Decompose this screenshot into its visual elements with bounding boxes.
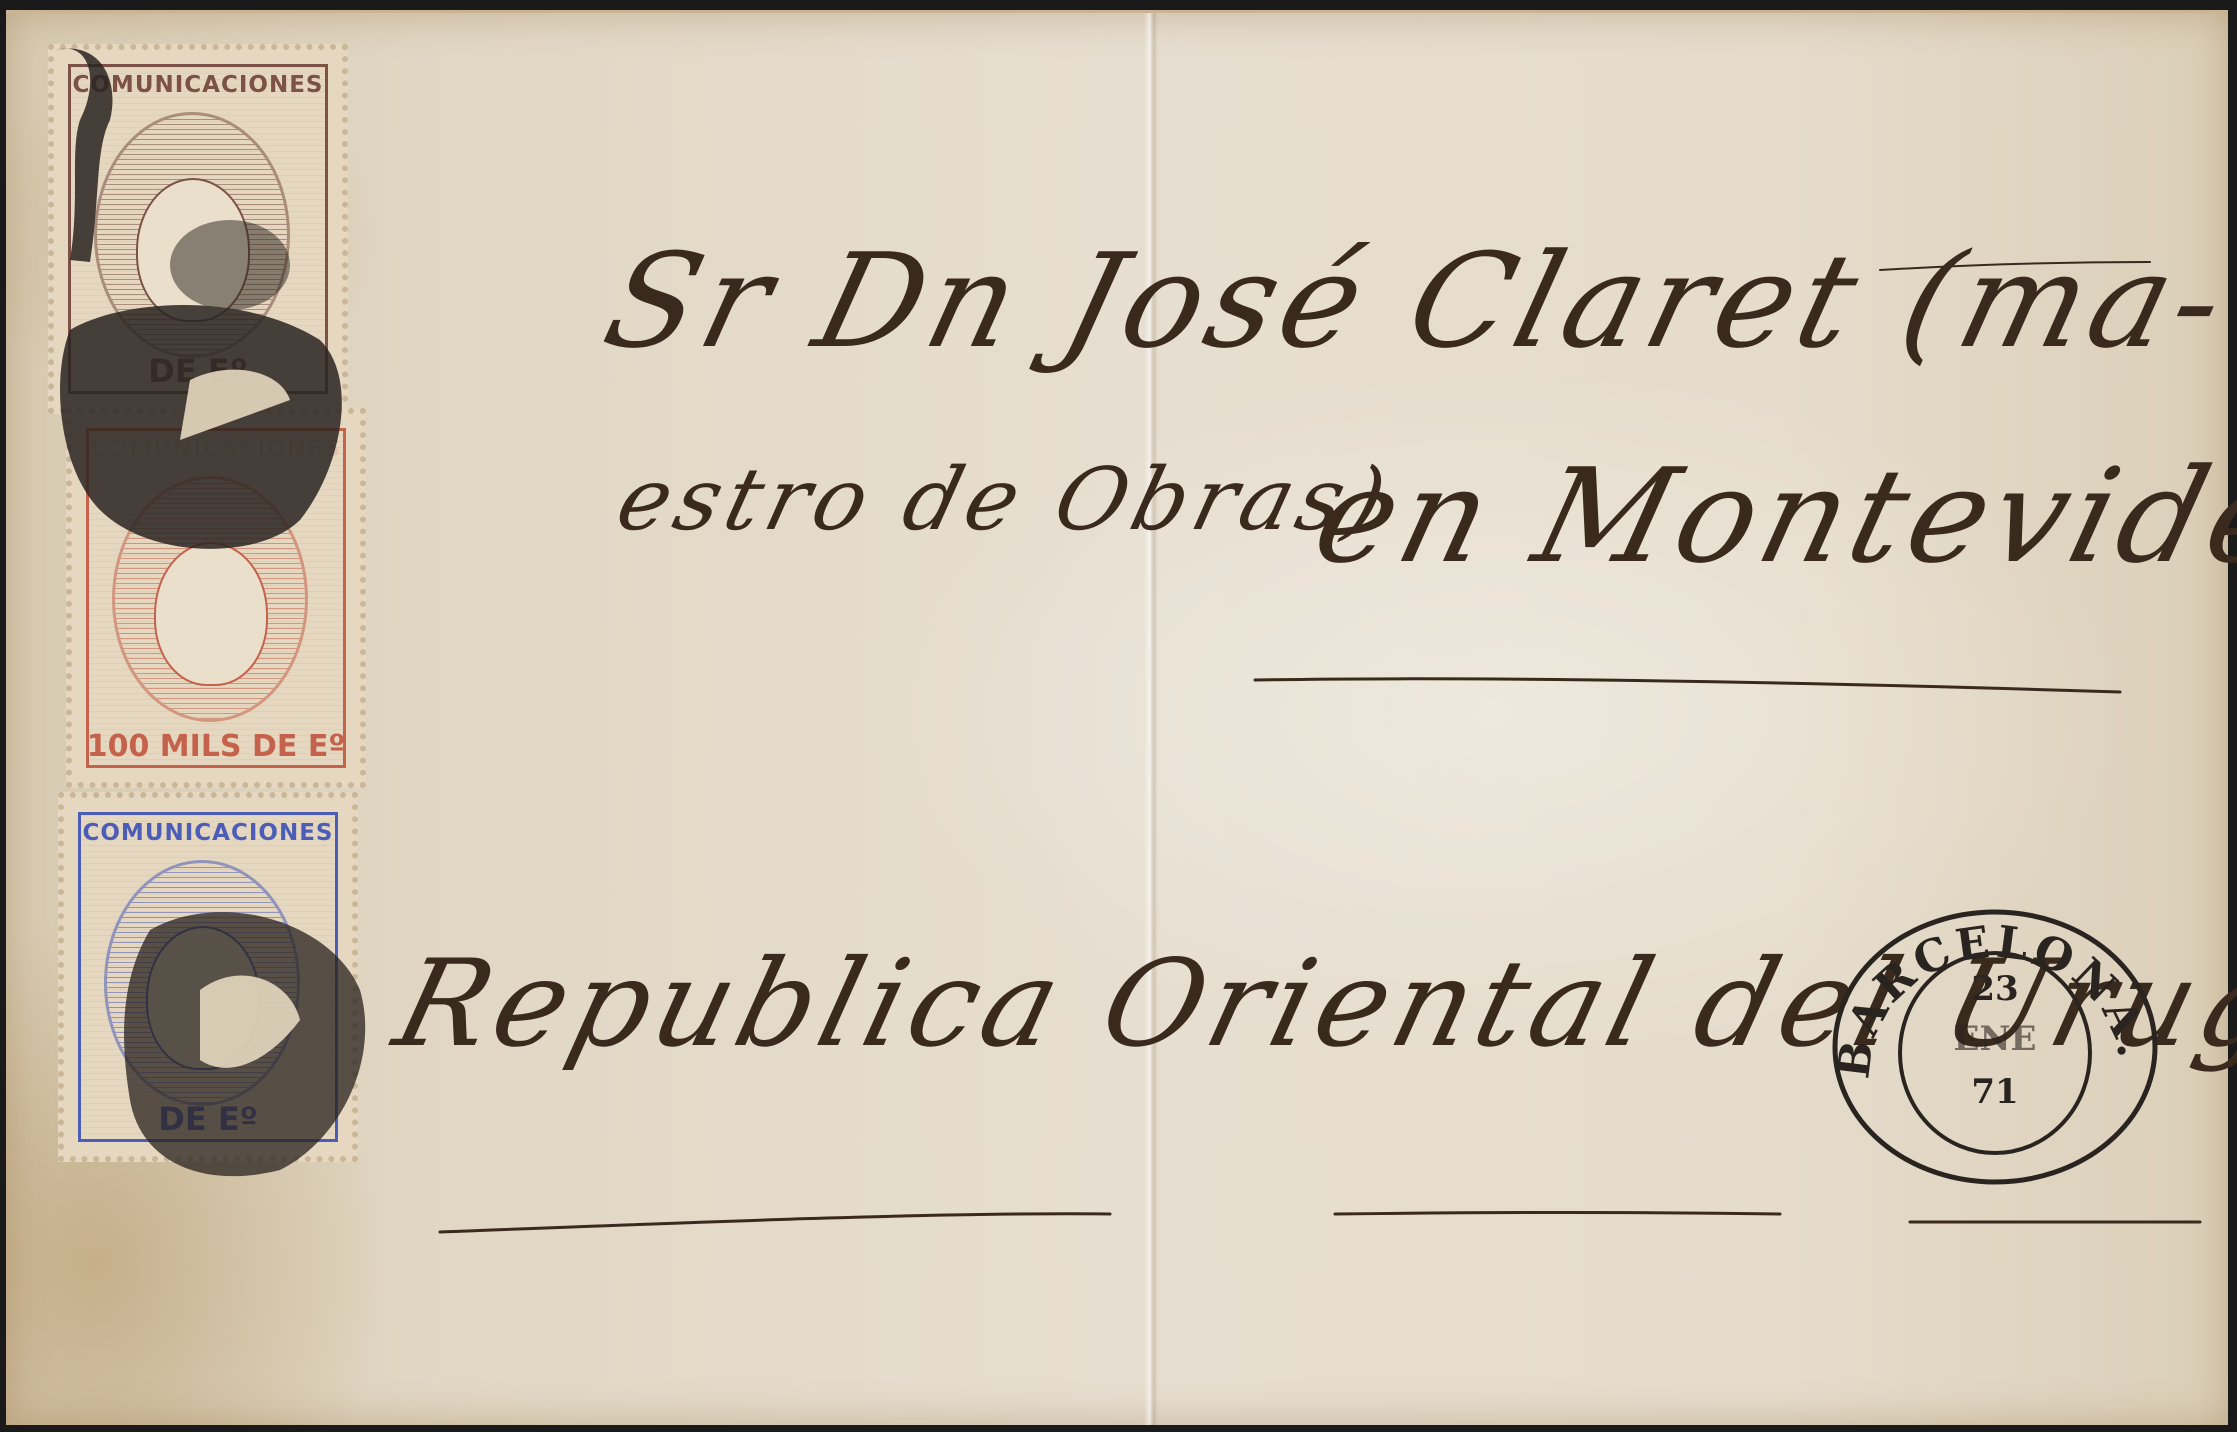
stamp-top-text: COMUNICACIONES [54, 72, 342, 98]
stamp-red: COMUNICACIONES 100 MILS DE Eº [66, 408, 366, 788]
svg-text:ENE: ENE [1954, 1019, 2037, 1059]
stamp-portrait [136, 178, 250, 322]
stamp-portrait [154, 542, 268, 686]
stamp-blue: COMUNICACIONES DE Eº [58, 792, 358, 1162]
barcelona-postmark: BARCELONA. 23 ENE 71 BARCELONA. 23 ENE 7… [1830, 905, 2160, 1190]
stamp-brown: COMUNICACIONES DE Eº [48, 44, 348, 414]
stamp-bottom-text: DE Eº [64, 1100, 352, 1138]
address-line-2b: en Montevideo [1301, 440, 2237, 592]
stamp-top-text: COMUNICACIONES [64, 820, 352, 846]
stamp-bottom-text: DE Eº [54, 352, 342, 390]
stamp-bottom-text: 100 MILS DE Eº [72, 729, 360, 764]
address-line-1: Sr Dn José Claret (ma- [591, 225, 2237, 377]
svg-text:71: 71 [1971, 1072, 2018, 1112]
address-line-2a: estro de Obras) [608, 450, 1402, 550]
stamp-top-text: COMUNICACIONES [72, 436, 360, 462]
stamp-portrait [146, 926, 260, 1070]
svg-text:23: 23 [1971, 969, 2018, 1009]
